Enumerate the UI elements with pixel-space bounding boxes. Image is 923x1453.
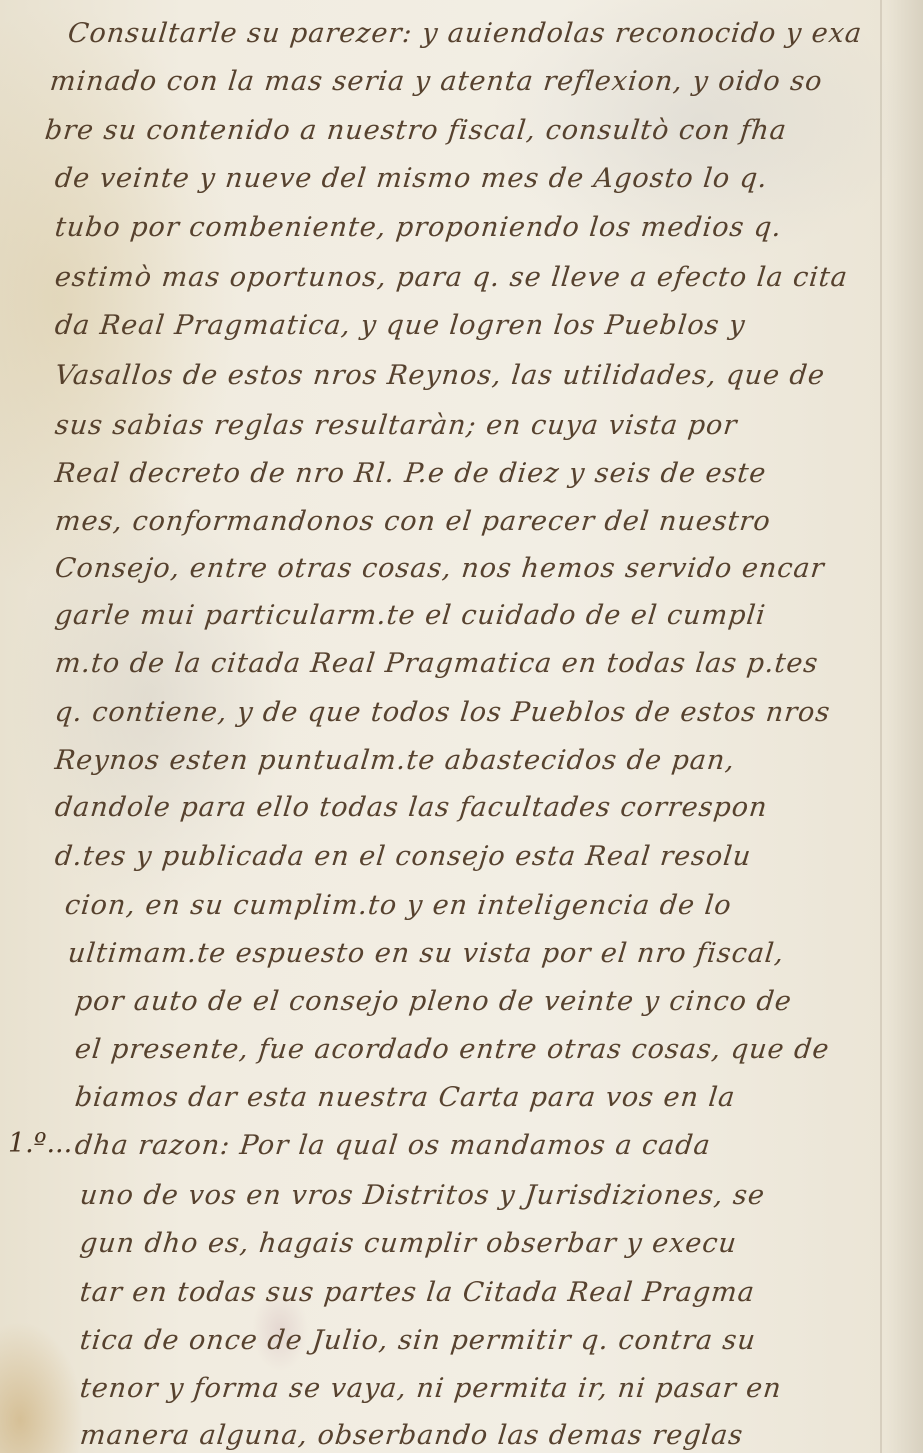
- text-line: dha razon: Por la qual os mandamos a cad…: [73, 1130, 712, 1161]
- text-line: gun dho es, hagais cumplir obserbar y ex…: [78, 1228, 738, 1259]
- text-line: minado con la mas seria y atenta reflexi…: [48, 66, 824, 97]
- text-line: Vasallos de estos nros Reynos, las utili…: [53, 360, 826, 391]
- text-line: dandole para ello todas las facultades c…: [53, 792, 769, 823]
- text-line: biamos dar esta nuestra Carta para vos e…: [73, 1082, 737, 1113]
- text-line: d.tes y publicada en el consejo esta Rea…: [53, 841, 753, 872]
- manuscript-page: Consultarle su parezer: y auiendolas rec…: [0, 0, 923, 1453]
- text-line: Reynos esten puntualm.te abastecidos de …: [53, 745, 736, 776]
- text-line: Real decreto de nro Rl. P.e de diez y se…: [53, 458, 768, 489]
- text-line: cion, en su cumplim.to y en inteligencia…: [63, 890, 733, 921]
- text-line: q. contiene, y de que todos los Pueblos …: [53, 697, 832, 728]
- text-line: bre su contenido a nuestro fiscal, consu…: [43, 115, 788, 146]
- text-line: garle mui particularm.te el cuidado de e…: [53, 600, 767, 631]
- text-line: manera alguna, obserbando las demas regl…: [78, 1420, 744, 1451]
- text-line: el presente, fue acordado entre otras co…: [73, 1034, 831, 1065]
- text-line: tenor y forma se vaya, ni permita ir, ni…: [78, 1373, 783, 1404]
- text-line: da Real Pragmatica, y que logren los Pue…: [53, 310, 747, 341]
- text-line: tar en todas sus partes la Citada Real P…: [78, 1277, 756, 1308]
- text-line: Consultarle su parezer: y auiendolas rec…: [66, 18, 863, 49]
- text-line: de veinte y nueve del mismo mes de Agost…: [53, 163, 769, 194]
- text-line: m.to de la citada Real Pragmatica en tod…: [53, 648, 820, 679]
- text-line: Consejo, entre otras cosas, nos hemos se…: [53, 553, 826, 584]
- text-line: por auto de el consejo pleno de veinte y…: [73, 986, 793, 1017]
- text-line: ultimam.te espuesto en su vista por el n…: [66, 938, 785, 969]
- text-line: sus sabias reglas resultaràn; en cuya vi…: [53, 410, 739, 441]
- paper-fold: [880, 0, 882, 1453]
- text-line: tubo por combeniente, proponiendo los me…: [53, 212, 783, 243]
- text-line: estimò mas oportunos, para q. se lleve a…: [53, 262, 849, 293]
- margin-note: 1.º...: [8, 1128, 72, 1159]
- text-line: uno de vos en vros Distritos y Jurisdizi…: [78, 1180, 766, 1211]
- text-line: mes, conformandonos con el parecer del n…: [53, 506, 772, 537]
- text-line: tica de once de Julio, sin permitir q. c…: [78, 1325, 757, 1356]
